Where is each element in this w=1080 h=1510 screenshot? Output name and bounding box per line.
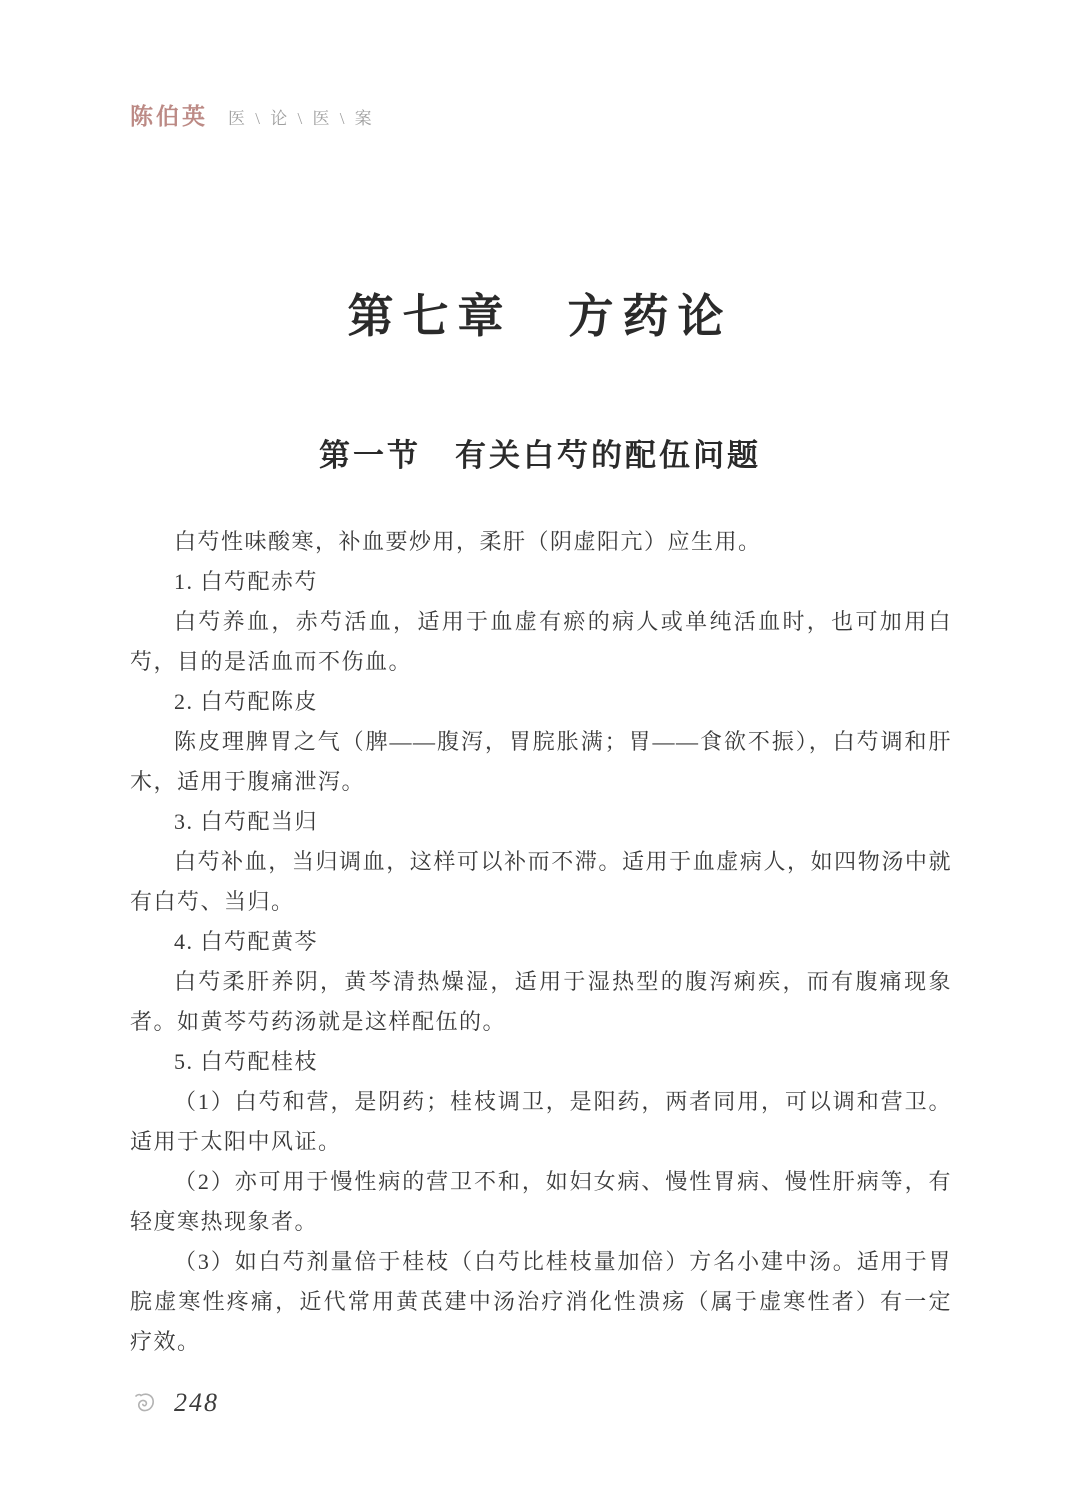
running-head: 陈伯英 医 \ 论 \ 医 \ 案	[130, 98, 375, 131]
page-footer: 248	[132, 1388, 219, 1418]
paragraph-item-5-2: （2）亦可用于慢性病的营卫不和，如妇女病、慢性胃病、慢性肝病等，有轻度寒热现象者…	[130, 1162, 952, 1242]
author-name: 陈伯英	[130, 98, 208, 131]
heading-item-5: 5. 白芍配桂枝	[130, 1042, 952, 1082]
paragraph-intro: 白芍性味酸寒，补血要炒用，柔肝（阴虚阳亢）应生用。	[130, 522, 952, 562]
page-number: 248	[174, 1388, 219, 1418]
heading-item-1: 1. 白芍配赤芍	[130, 562, 952, 602]
paragraph-item-4: 白芍柔肝养阴，黄芩清热燥湿，适用于湿热型的腹泻痢疾，而有腹痛现象者。如黄芩芍药汤…	[130, 962, 952, 1042]
section-title: 第一节 有关白芍的配伍问题	[0, 430, 1080, 475]
body-text: 白芍性味酸寒，补血要炒用，柔肝（阴虚阳亢）应生用。 1. 白芍配赤芍 白芍养血，…	[130, 522, 952, 1362]
paragraph-item-2: 陈皮理脾胃之气（脾——腹泻，胃脘胀满；胃——食欲不振），白芍调和肝木，适用于腹痛…	[130, 722, 952, 802]
book-page: 陈伯英 医 \ 论 \ 医 \ 案 第七章 方药论 第一节 有关白芍的配伍问题 …	[0, 0, 1080, 1510]
paragraph-item-1: 白芍养血，赤芍活血，适用于血虚有瘀的病人或单纯活血时，也可加用白芍，目的是活血而…	[130, 602, 952, 682]
paragraph-item-3: 白芍补血，当归调血，这样可以补而不滞。适用于血虚病人，如四物汤中就有白芍、当归。	[130, 842, 952, 922]
spiral-ornament-icon	[132, 1390, 158, 1416]
series-title: 医 \ 论 \ 医 \ 案	[228, 104, 375, 129]
heading-item-2: 2. 白芍配陈皮	[130, 682, 952, 722]
chapter-title: 第七章 方药论	[0, 280, 1080, 346]
paragraph-item-5-1: （1）白芍和营，是阴药；桂枝调卫，是阳药，两者同用，可以调和营卫。适用于太阳中风…	[130, 1082, 952, 1162]
paragraph-item-5-3: （3）如白芍剂量倍于桂枝（白芍比桂枝量加倍）方名小建中汤。适用于胃脘虚寒性疼痛，…	[130, 1242, 952, 1362]
heading-item-3: 3. 白芍配当归	[130, 802, 952, 842]
heading-item-4: 4. 白芍配黄芩	[130, 922, 952, 962]
